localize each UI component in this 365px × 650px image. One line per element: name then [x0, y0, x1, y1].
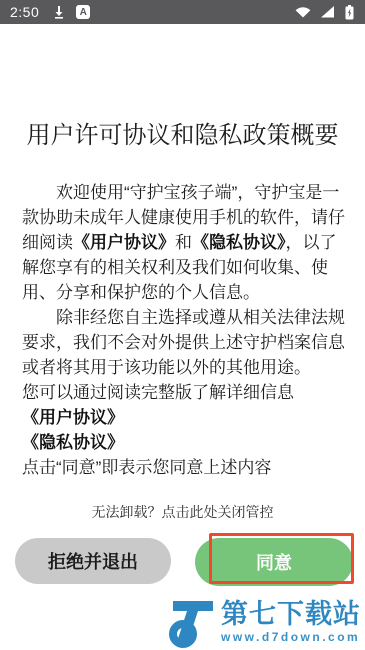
paragraph-welcome: 欢迎使用“守护宝孩子端”，守护宝是一款协助未成年人健康使用手机的软件，请仔细阅读…: [22, 180, 346, 305]
d7down-logo-icon: [167, 598, 217, 648]
app-badge-letter: A: [80, 7, 87, 18]
app-screen: 2:50 A 用户许可协议和隐私政策概要 欢迎使用“守护宝孩子端”，守护宝是一款…: [0, 0, 365, 650]
privacy-agreement-link[interactable]: 《隐私协议》: [22, 430, 346, 455]
clock-time: 2:50: [10, 4, 39, 20]
full-version-note: 您可以通过阅读完整版了解详细信息: [22, 380, 346, 405]
reject-exit-button[interactable]: 拒绝并退出: [15, 538, 171, 584]
uninstall-help-link[interactable]: 无法卸载？点击此处关闭管控: [0, 502, 365, 522]
para1-and-text: 和: [175, 233, 192, 252]
watermark: 第七下载站 www.d7down.com: [167, 598, 361, 648]
agree-consent-note: 点击“同意”即表示您同意上述内容: [22, 455, 346, 480]
watermark-site-url: www.d7down.com: [221, 630, 360, 644]
page-title: 用户许可协议和隐私政策概要: [0, 118, 365, 154]
watermark-site-name: 第七下载站: [221, 598, 361, 630]
cellular-signal-icon: [321, 6, 335, 18]
wifi-icon: [295, 6, 311, 18]
watermark-text: 第七下载站 www.d7down.com: [221, 598, 361, 644]
user-agreement-link[interactable]: 《用户协议》: [22, 405, 346, 430]
agreement-body: 欢迎使用“守护宝孩子端”，守护宝是一款协助未成年人健康使用手机的软件，请仔细阅读…: [22, 180, 346, 480]
agree-button[interactable]: 同意: [195, 538, 353, 586]
download-icon: [52, 5, 66, 19]
status-bar: 2:50 A: [0, 0, 365, 24]
app-notification-icon: A: [76, 5, 90, 19]
battery-charging-icon: [345, 5, 354, 20]
user-agreement-inline-link[interactable]: 《用户协议》: [73, 233, 175, 252]
privacy-agreement-inline-link[interactable]: 《隐私协议》: [192, 233, 286, 252]
paragraph-data-use: 除非经您自主选择或遵从相关法律法规要求，我们不会对外提供上述守护档案信息或者将其…: [22, 305, 346, 380]
